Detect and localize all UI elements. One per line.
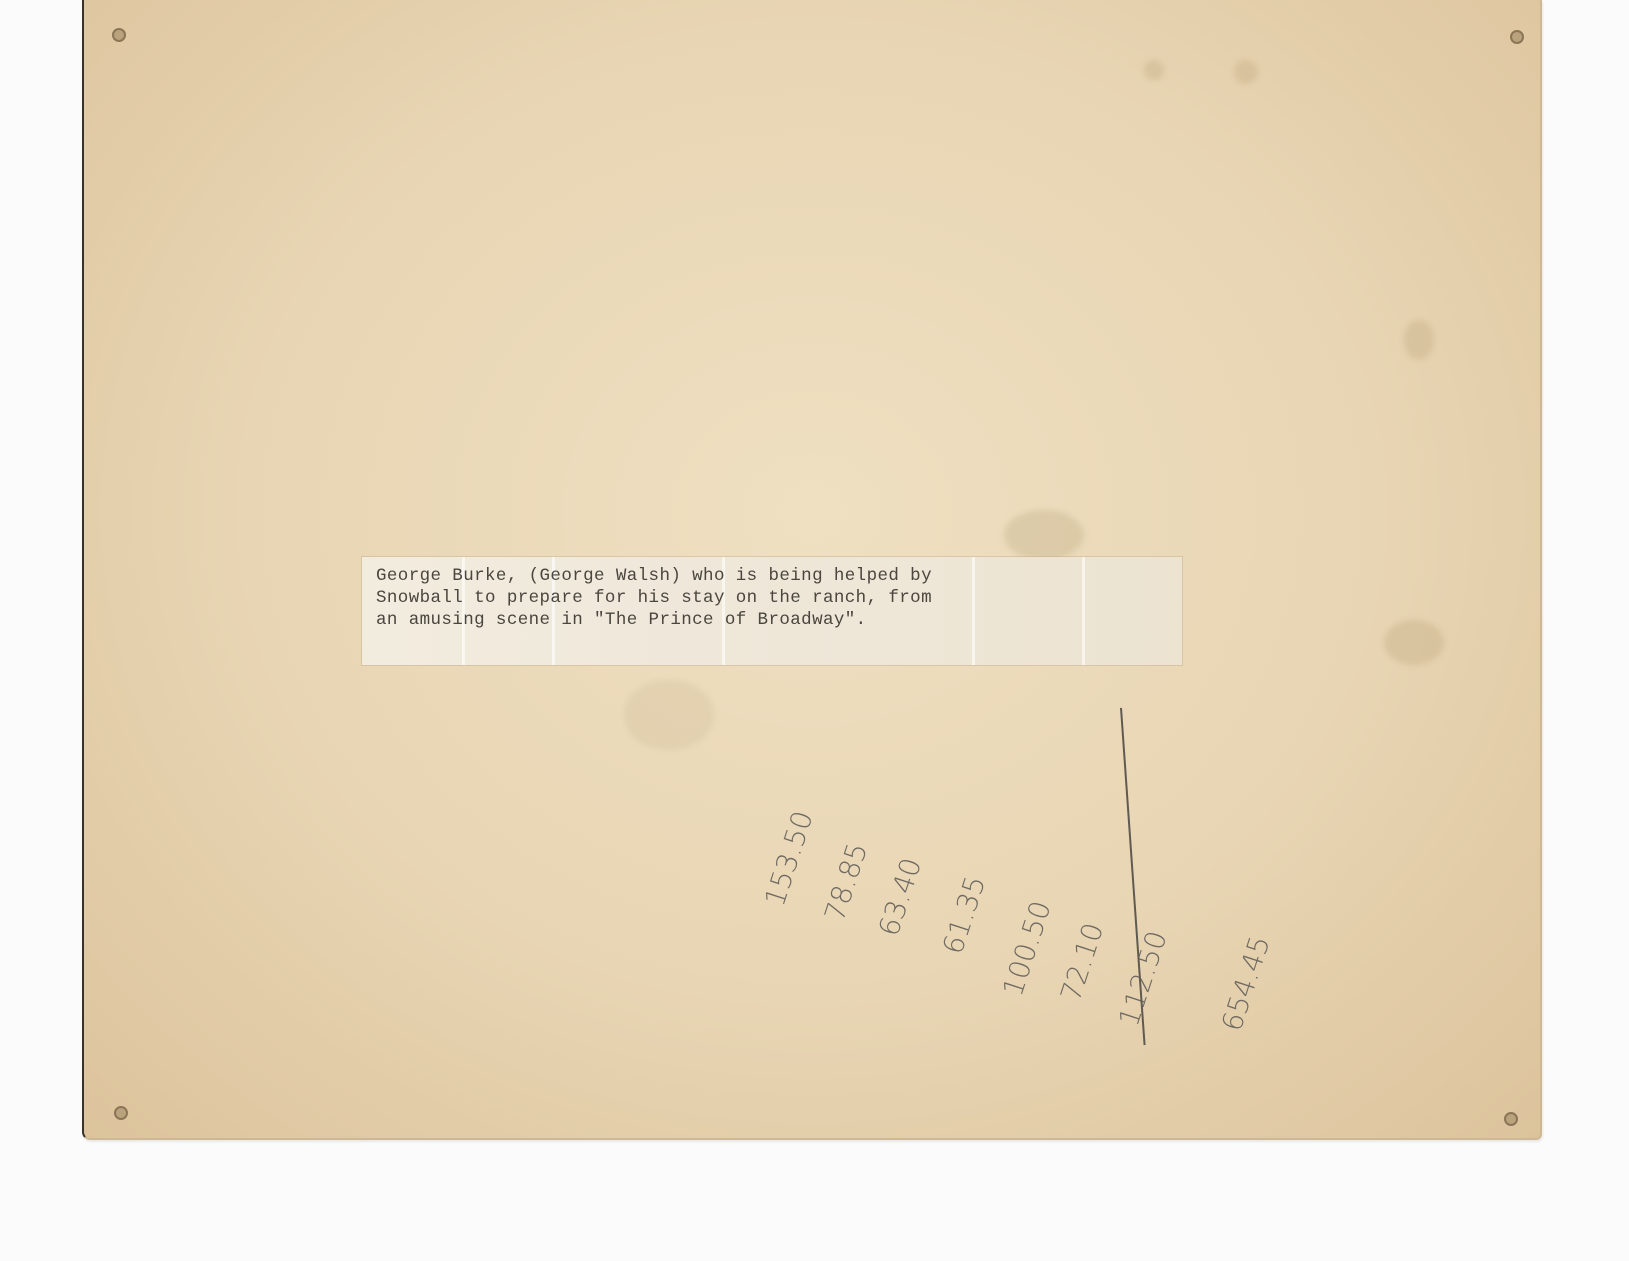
water-stain xyxy=(1004,510,1084,560)
water-stain xyxy=(1144,60,1164,80)
caption-line: George Burke, (George Walsh) who is bein… xyxy=(376,565,932,587)
caption-text: George Burke, (George Walsh) who is bein… xyxy=(376,565,932,631)
water-stain xyxy=(1404,320,1434,360)
corner-pin-hole xyxy=(1510,30,1524,44)
caption-line: an amusing scene in "The Prince of Broad… xyxy=(376,609,932,631)
corner-pin-hole xyxy=(112,28,126,42)
typed-caption-label: George Burke, (George Walsh) who is bein… xyxy=(362,557,1182,665)
water-stain xyxy=(624,680,714,750)
water-stain xyxy=(1384,620,1444,665)
corner-pin-hole xyxy=(1504,1112,1518,1126)
corner-pin-hole xyxy=(114,1106,128,1120)
water-stain xyxy=(1234,60,1258,84)
caption-line: Snowball to prepare for his stay on the … xyxy=(376,587,932,609)
